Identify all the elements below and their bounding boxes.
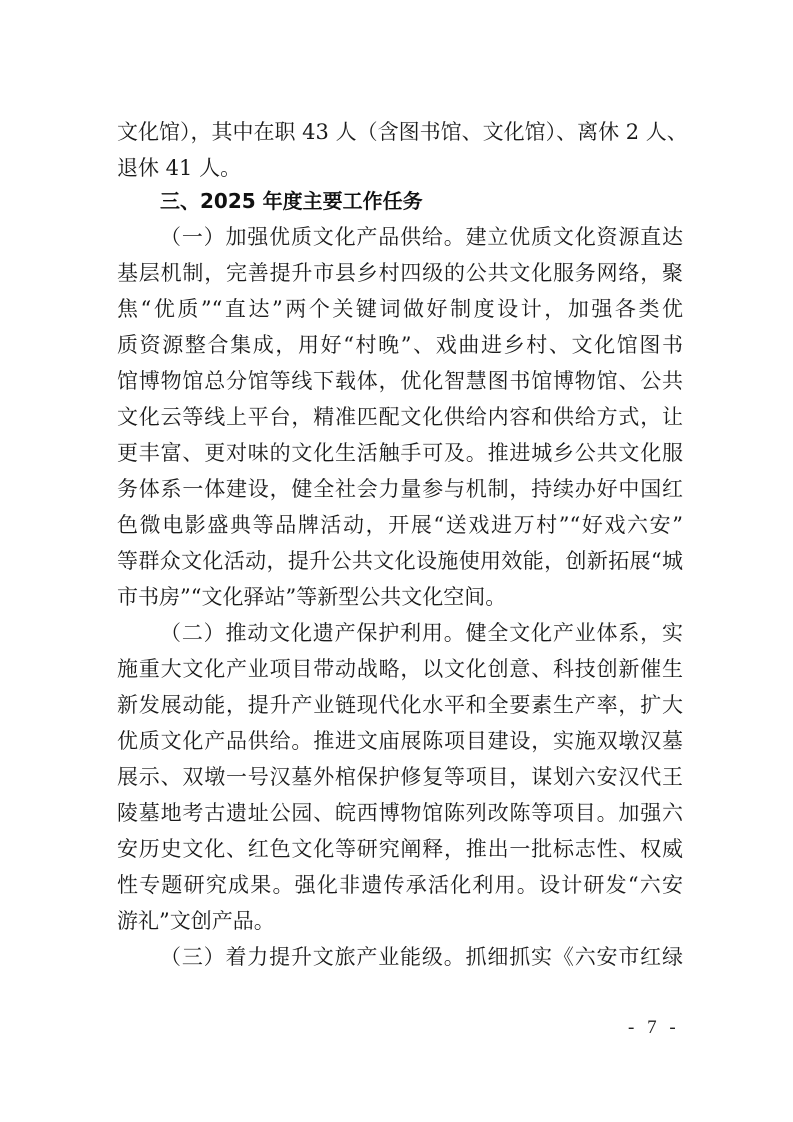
document-page: 文化馆），其中在职 43 人（含图书馆、文化馆）、离休 2 人、 退休 41 人… xyxy=(0,0,793,1122)
text-line: 新发展动能，提升产业链现代化水平和全要素生产率，扩大 xyxy=(117,690,683,720)
text-line: 市书房”“文化驿站”等新型公共文化空间。 xyxy=(117,582,683,612)
text-line: 施重大文化产业项目带动战略，以文化创意、科技创新催生 xyxy=(117,654,683,684)
text-line: 更丰富、更对味的文化生活触手可及。推进城乡公共文化服 xyxy=(117,438,683,468)
text-line: 务体系一体建设，健全社会力量参与机制，持续办好中国红 xyxy=(117,474,683,504)
text-line: （二）推动文化遗产保护利用。健全文化产业体系，实 xyxy=(160,618,683,648)
text-line: 质资源整合集成，用好“村晚”、戏曲进乡村、文化馆图书 xyxy=(117,330,683,360)
text-line: （一）加强优质文化产品供给。建立优质文化资源直达 xyxy=(160,222,683,252)
text-line: 文化馆），其中在职 43 人（含图书馆、文化馆）、离休 2 人、 xyxy=(117,117,683,147)
text-line: 安历史文化、红色文化等研究阐释，推出一批标志性、权威 xyxy=(117,834,683,864)
text-line: 陵墓地考古遗址公园、皖西博物馆陈列改陈等项目。加强六 xyxy=(117,798,683,828)
text-line: 优质文化产品供给。推进文庙展陈项目建设，实施双墩汉墓 xyxy=(117,726,683,756)
text-line: 展示、双墩一号汉墓外棺保护修复等项目，谋划六安汉代王 xyxy=(117,762,683,792)
text-line: （三）着力提升文旅产业能级。抓细抓实《六安市红绿 xyxy=(160,942,683,972)
section-heading: 三、2025 年度主要工作任务 xyxy=(160,186,423,216)
text-line: 文化云等线上平台，精准匹配文化供给内容和供给方式，让 xyxy=(117,402,683,432)
text-line: 游礼”文创产品。 xyxy=(117,906,683,936)
text-line: 退休 41 人。 xyxy=(117,153,683,183)
text-line: 馆博物馆总分馆等线下载体，优化智慧图书馆博物馆、公共 xyxy=(117,366,683,396)
text-line: 色微电影盛典等品牌活动，开展“送戏进万村”“好戏六安” xyxy=(117,510,683,540)
text-line: 等群众文化活动，提升公共文化设施使用效能，创新拓展“城 xyxy=(117,546,683,576)
text-line: 性专题研究成果。强化非遗传承活化利用。设计研发“六安 xyxy=(117,870,683,900)
text-line: 焦“优质”“直达”两个关键词做好制度设计，加强各类优 xyxy=(117,294,683,324)
page-number: - 7 - xyxy=(628,1017,680,1039)
text-line: 基层机制，完善提升市县乡村四级的公共文化服务网络，聚 xyxy=(117,258,683,288)
